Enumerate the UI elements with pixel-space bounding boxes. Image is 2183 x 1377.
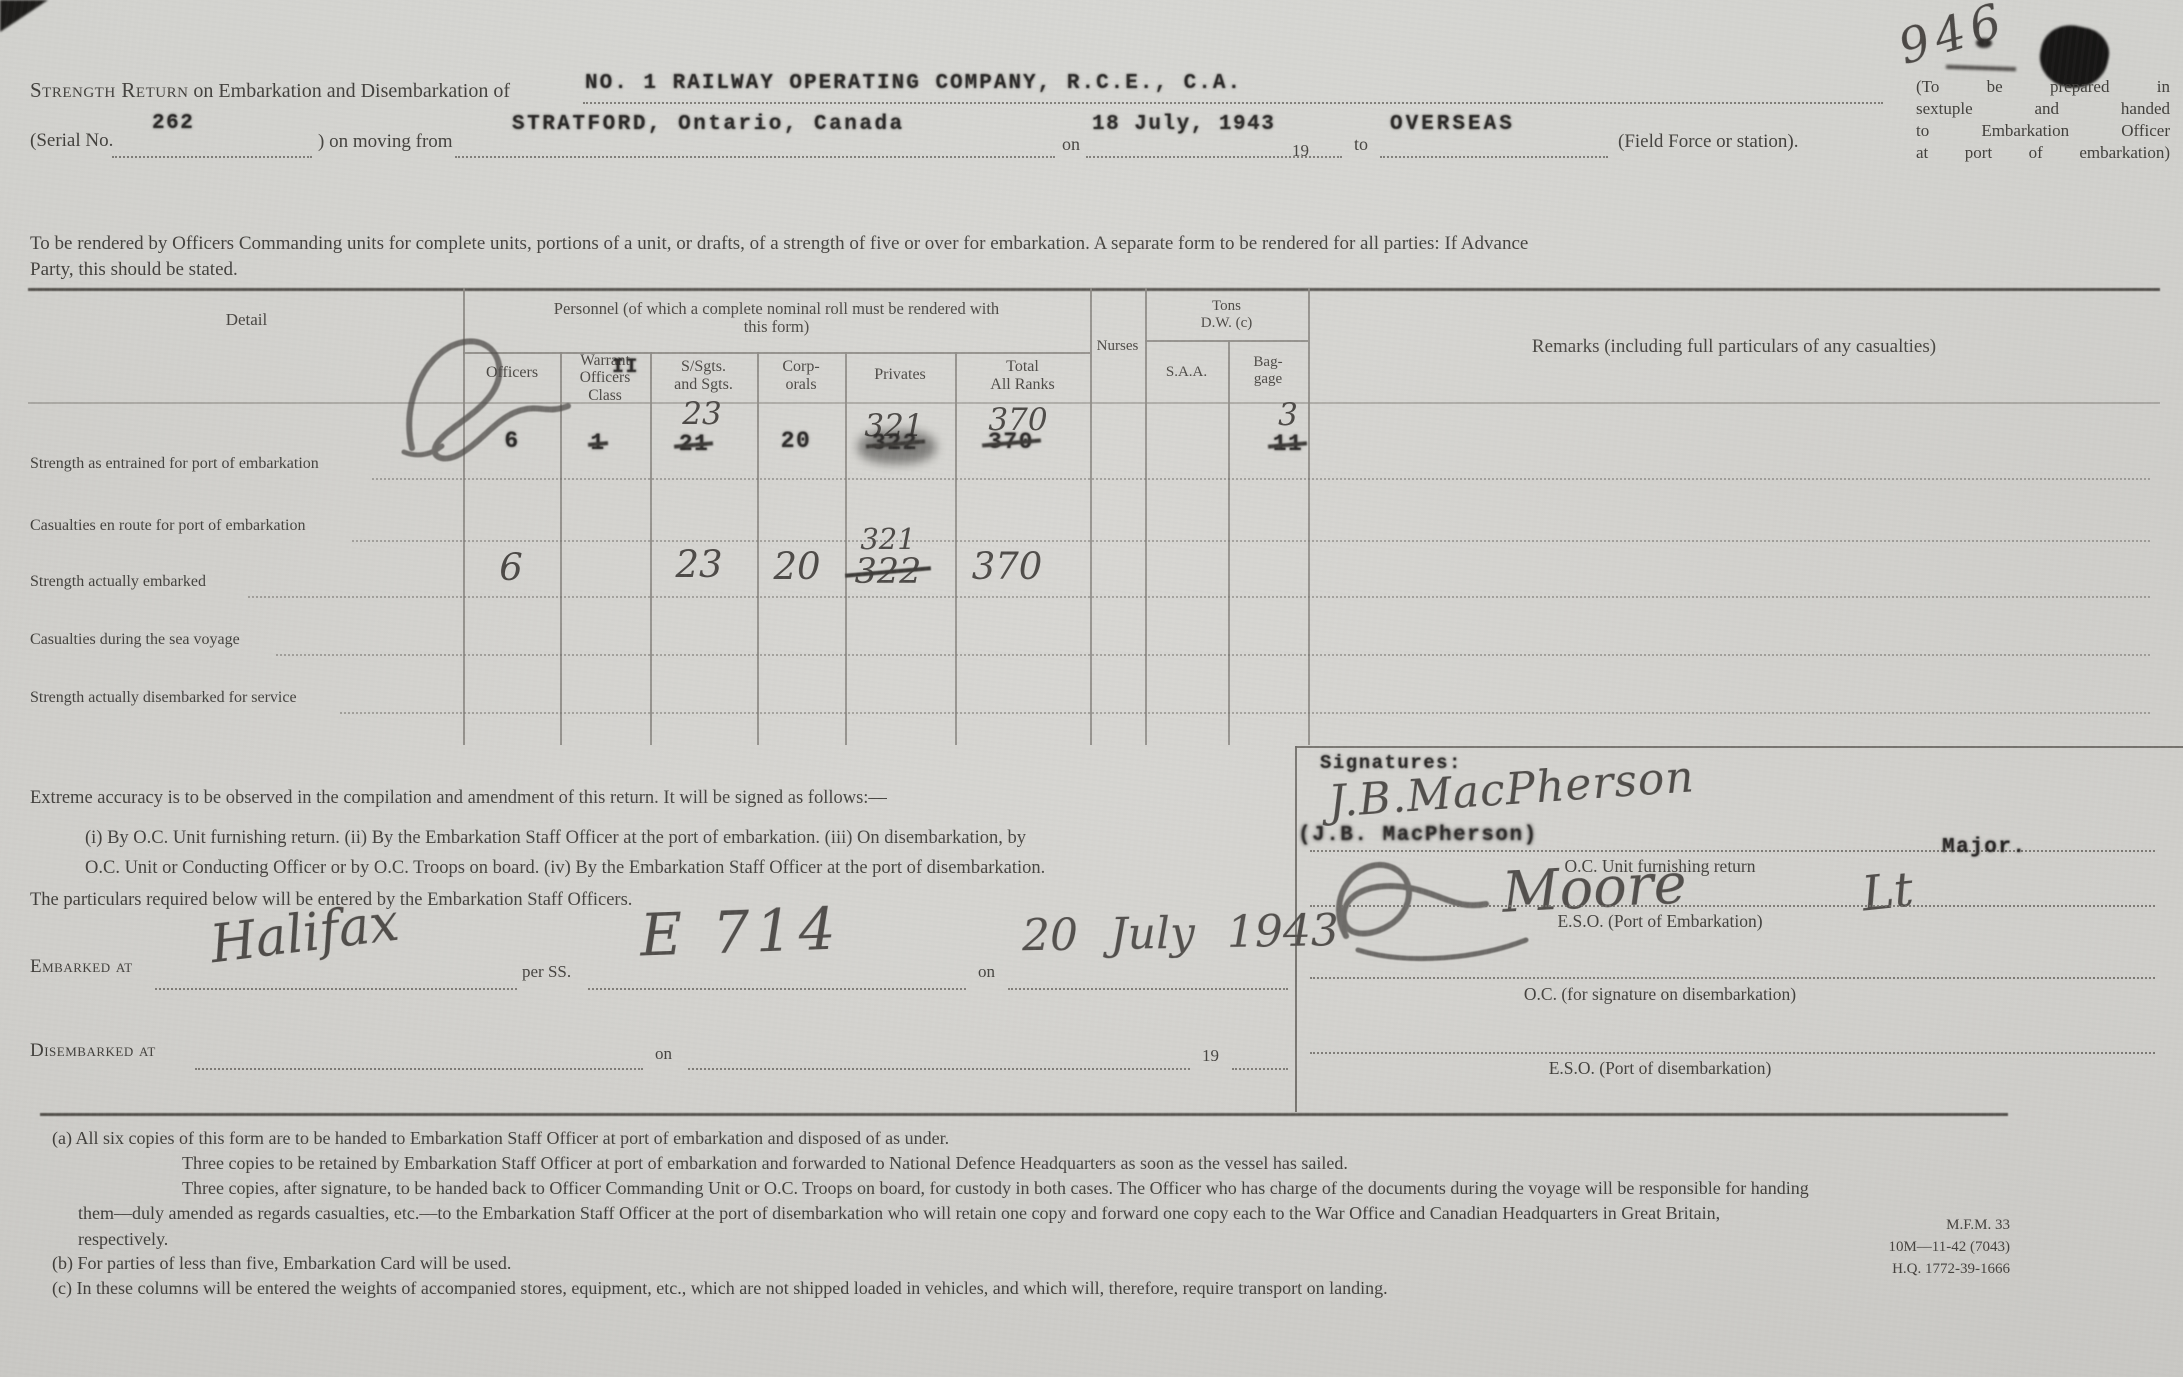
col-header-ssgts: S/Sgts. and Sgts. [652, 358, 755, 394]
origin-typed: STRATFORD, Ontario, Canada [512, 113, 905, 136]
embarked-at-label: Embarked at [30, 956, 133, 978]
artifact-pencil-dash [1946, 65, 2016, 71]
serial-dotted-line [112, 156, 312, 158]
cell-entrained-warrant-struck: 1 [578, 430, 618, 456]
disembarked-at-label: Disembarked at [30, 1040, 156, 1062]
footnote-a-cont: them—duly amended as regards casualties,… [78, 1203, 1720, 1224]
cell-entrained-corporals-typed: 20 [768, 428, 824, 454]
col-header-remarks: Remarks (including full particulars of a… [1320, 336, 2148, 357]
dotted-leader [276, 654, 2150, 656]
prepare-note: (To be prepared in sextuple and handed t… [1916, 76, 2170, 164]
prepare-note-line-2: sextuple and handed [1916, 98, 2170, 120]
accuracy-line-1: Extreme accuracy is to be observed in th… [30, 788, 887, 809]
table-vline [1090, 288, 1092, 745]
cell-embarked-privates-struck: 322 [846, 552, 930, 592]
cell-embarked-officers-handwritten: 6 [486, 546, 536, 589]
rank-major-typed: Major. [1942, 836, 2027, 859]
signature-dotted-line [1310, 1052, 2155, 1054]
form-title: Strength Return on Embarkation and Disem… [30, 78, 510, 103]
dotted-leader [248, 596, 2150, 598]
form-code-hq: H.Q. 1772-39-1666 [1790, 1258, 2010, 1280]
serial-value: 262 [152, 112, 194, 135]
prepare-note-line-4: at port of embarkation) [1916, 142, 2170, 164]
footnote-a-sub2: Three copies, after signature, to be han… [182, 1178, 1809, 1199]
col-header-privates: Privates [847, 366, 953, 384]
cell-entrained-privates-struck: 322 [860, 430, 930, 456]
dotted-leader [352, 540, 2150, 542]
cell-entrained-ssgts-handwritten: 23 [672, 396, 732, 432]
macpherson-typed-name: (J.B. MacPherson) [1298, 824, 1538, 847]
render-instructions-line-1: To be rendered by Officers Commanding un… [30, 233, 1528, 255]
station-note: (Field Force or station). [1618, 131, 1798, 153]
form-codes: M.F.M. 33 10M—11-42 (7043) H.Q. 1772-39-… [1790, 1214, 2010, 1280]
artifact-ink-dot [1976, 38, 1992, 48]
form-title-smallcaps: Strength Return [30, 78, 188, 102]
scanned-form-page: 946 Strength Return on Embarkation and D… [0, 0, 2183, 1377]
form-title-rest: on Embarkation and Disembarkation of [188, 80, 510, 102]
table-top-rule [28, 288, 2160, 291]
serial-label: (Serial No. [30, 130, 113, 152]
per-ss-label: per SS. [522, 962, 571, 982]
warrant-class-stamp: II [612, 356, 639, 379]
form-code-mfm: M.F.M. 33 [1790, 1214, 2010, 1236]
footnote-a-sub1: Three copies to be retained by Embarkati… [182, 1153, 1348, 1174]
table-vline [1228, 340, 1230, 745]
artifact-corner-wedge [0, 0, 48, 32]
destination-dotted-line [1380, 156, 1608, 158]
disembark-date-dotted-line [688, 1068, 1190, 1070]
eso-embarkation-label: E.S.O. (Port of Embarkation) [1310, 911, 2010, 932]
on-label: on [1062, 134, 1080, 155]
unit-name-dotted-line [583, 102, 1883, 104]
row-label-casualties-en-route: Casualties en route for port of embarkat… [30, 517, 305, 535]
embark-on-label: on [978, 962, 995, 982]
row-label-strength-entrained: Strength as entrained for port of embark… [30, 455, 319, 473]
row-label-strength-disembarked: Strength actually disembarked for servic… [30, 689, 297, 707]
col-header-baggage: Bag- gage [1230, 354, 1306, 388]
row-label-casualties-sea-voyage: Casualties during the sea voyage [30, 631, 240, 649]
handwritten-ship: E 714 [639, 895, 843, 970]
destination-typed: OVERSEAS [1390, 113, 1515, 136]
move-date-typed: 18 July, 1943 [1092, 113, 1275, 136]
table-vline [1145, 288, 1147, 745]
render-instructions-line-2: Party, this should be stated. [30, 259, 238, 281]
cell-entrained-baggage-handwritten: 3 [1266, 397, 1310, 433]
table-vline [650, 352, 652, 745]
prepare-note-line-3: to Embarkation Officer [1916, 120, 2170, 142]
embark-date-dotted-line [1008, 988, 1288, 990]
disembark-on-label: on [655, 1044, 672, 1064]
eso-disembarkation-label: E.S.O. (Port of disembarkation) [1310, 1058, 2010, 1079]
ship-dotted-line [588, 988, 966, 990]
year-printed: 19 [1292, 141, 1309, 161]
accuracy-line-2b: O.C. Unit or Conducting Officer or by O.… [85, 858, 1045, 879]
to-label: to [1354, 134, 1368, 155]
tons-header-underline [1145, 340, 1308, 342]
cell-entrained-baggage-struck: 11 [1262, 431, 1314, 457]
cell-entrained-total-struck: 370 [976, 429, 1046, 455]
signature-dotted-line [1310, 905, 2155, 907]
origin-dotted-line [455, 156, 1055, 158]
moving-from-label: ) on moving from [318, 131, 453, 153]
footnote-a-end: respectively. [78, 1229, 168, 1250]
col-header-corporals: Corp- orals [759, 358, 843, 394]
disembarked-place-dotted-line [195, 1068, 643, 1070]
table-vline [1308, 288, 1310, 745]
table-vline [845, 352, 847, 745]
subheader-underline [28, 402, 2160, 404]
disembark-year-printed: 19 [1202, 1046, 1219, 1066]
cell-entrained-officers-typed: 6 [492, 428, 532, 454]
accuracy-line-2a: (i) By O.C. Unit furnishing return. (ii)… [85, 828, 1026, 849]
prepare-note-line-1: (To be prepared in [1916, 76, 2170, 98]
cell-embarked-privates-handwritten: 321 [848, 522, 928, 556]
disembark-year-dotted-line [1232, 1068, 1288, 1070]
cell-embarked-total-handwritten: 370 [962, 545, 1052, 588]
footnote-a: (a) All six copies of this form are to b… [52, 1128, 949, 1149]
table-vline [955, 352, 957, 745]
footnote-b: (b) For parties of less than five, Embar… [52, 1253, 511, 1274]
cell-embarked-ssgts-handwritten: 23 [664, 543, 734, 586]
col-header-saa: S.A.A. [1147, 364, 1226, 381]
cell-entrained-ssgts-struck: 21 [664, 431, 724, 457]
col-header-nurses: Nurses [1090, 338, 1145, 355]
form-code-print-run: 10M—11-42 (7043) [1790, 1236, 2010, 1258]
footnote-c: (c) In these columns will be entered the… [52, 1278, 1388, 1299]
embarked-place-dotted-line [155, 988, 517, 990]
col-header-total: Total All Ranks [957, 358, 1088, 394]
pencil-flourish-officers-cell [398, 330, 588, 480]
signature-dotted-line [1310, 977, 2155, 979]
col-header-detail: Detail [30, 310, 463, 329]
dotted-leader [340, 712, 2150, 714]
table-vline [757, 352, 759, 745]
dotted-leader [372, 478, 2150, 480]
cell-embarked-corporals-handwritten: 20 [762, 545, 832, 588]
row-label-strength-embarked: Strength actually embarked [30, 573, 206, 591]
unit-name-typed: NO. 1 RAILWAY OPERATING COMPANY, R.C.E.,… [585, 72, 1242, 95]
signature-panel-top-border [1295, 746, 2183, 748]
col-header-tons: Tons D.W. (c) [1147, 298, 1306, 332]
footer-rule [40, 1113, 2008, 1116]
oc-disembarkation-label: O.C. (for signature on disembarkation) [1310, 984, 2010, 1005]
handwritten-embark-date: 20 July 1943 [1022, 905, 1340, 962]
